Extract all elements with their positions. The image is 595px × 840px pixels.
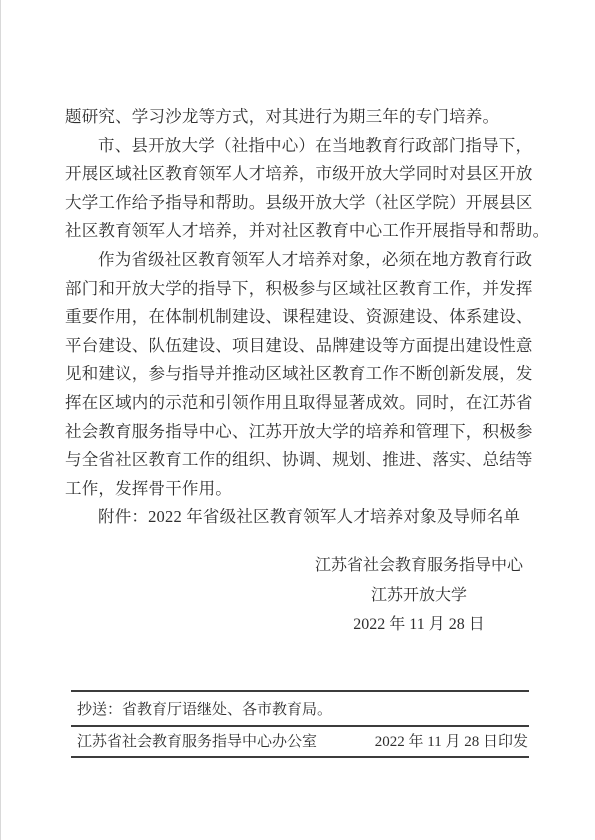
copy-to-line: 抄送：省教育厅语继处、各市教育局。: [71, 692, 529, 725]
signature-org-secondary: 江苏开放大学: [315, 581, 523, 611]
signature-block: 江苏省社会教育服务指导中心 江苏开放大学 2022 年 11 月 28 日: [315, 551, 523, 640]
signature-date: 2022 年 11 月 28 日: [315, 610, 523, 640]
footer-rule-bottom: [71, 756, 529, 758]
issuing-office: 江苏省社会教育服务指导中心办公室: [77, 734, 317, 751]
body-line: 重要作用，在体制机制建设、课程建设、资源建设、体系建设、: [65, 303, 527, 332]
body-line: 挥在区域内的示范和引领作用且取得显著成效。同时，在江苏省: [65, 389, 527, 418]
body-line: 平台建设、队伍建设、项目建设、品牌建设等方面提出建设性意: [65, 332, 527, 361]
body-line: 部门和开放大学的指导下，积极参与区域社区教育工作，并发挥: [65, 275, 527, 304]
document-footer: 抄送：省教育厅语继处、各市教育局。 江苏省社会教育服务指导中心办公室 2022 …: [71, 690, 529, 758]
body-line: 工作，发挥骨干作用。: [65, 475, 527, 504]
body-line: 社会教育服务指导中心、江苏开放大学的培养和管理下，积极参: [65, 418, 527, 447]
signature-org-primary: 江苏省社会教育服务指导中心: [315, 551, 523, 581]
body-line: 与全省社区教育工作的组织、协调、规划、推进、落实、总结等: [65, 446, 527, 475]
document-page: 题研究、学习沙龙等方式，对其进行为期三年的专门培养。市、县开放大学（社指中心）在…: [0, 0, 595, 840]
document-body: 题研究、学习沙龙等方式，对其进行为期三年的专门培养。市、县开放大学（社指中心）在…: [65, 103, 527, 532]
body-line: 市、县开放大学（社指中心）在当地教育行政部门指导下，: [65, 132, 527, 161]
issue-row: 江苏省社会教育服务指导中心办公室 2022 年 11 月 28 日印发: [71, 727, 529, 756]
body-line: 见和建议，参与指导并推动区域社区教育工作不断创新发展，发: [65, 360, 527, 389]
body-line: 题研究、学习沙龙等方式，对其进行为期三年的专门培养。: [65, 103, 527, 132]
body-line: 社区教育领军人才培养，并对社区教育中心工作开展指导和帮助。: [65, 217, 527, 246]
body-line: 附件：2022 年省级社区教育领军人才培养对象及导师名单: [65, 503, 527, 532]
scan-edge-line: [0, 0, 1, 840]
body-line: 开展区域社区教育领军人才培养，市级开放大学同时对县区开放: [65, 160, 527, 189]
body-line: 大学工作给予指导和帮助。县级开放大学（社区学院）开展县区: [65, 189, 527, 218]
body-line: 作为省级社区教育领军人才培养对象，必须在地方教育行政: [65, 246, 527, 275]
print-date: 2022 年 11 月 28 日印发: [375, 734, 528, 751]
